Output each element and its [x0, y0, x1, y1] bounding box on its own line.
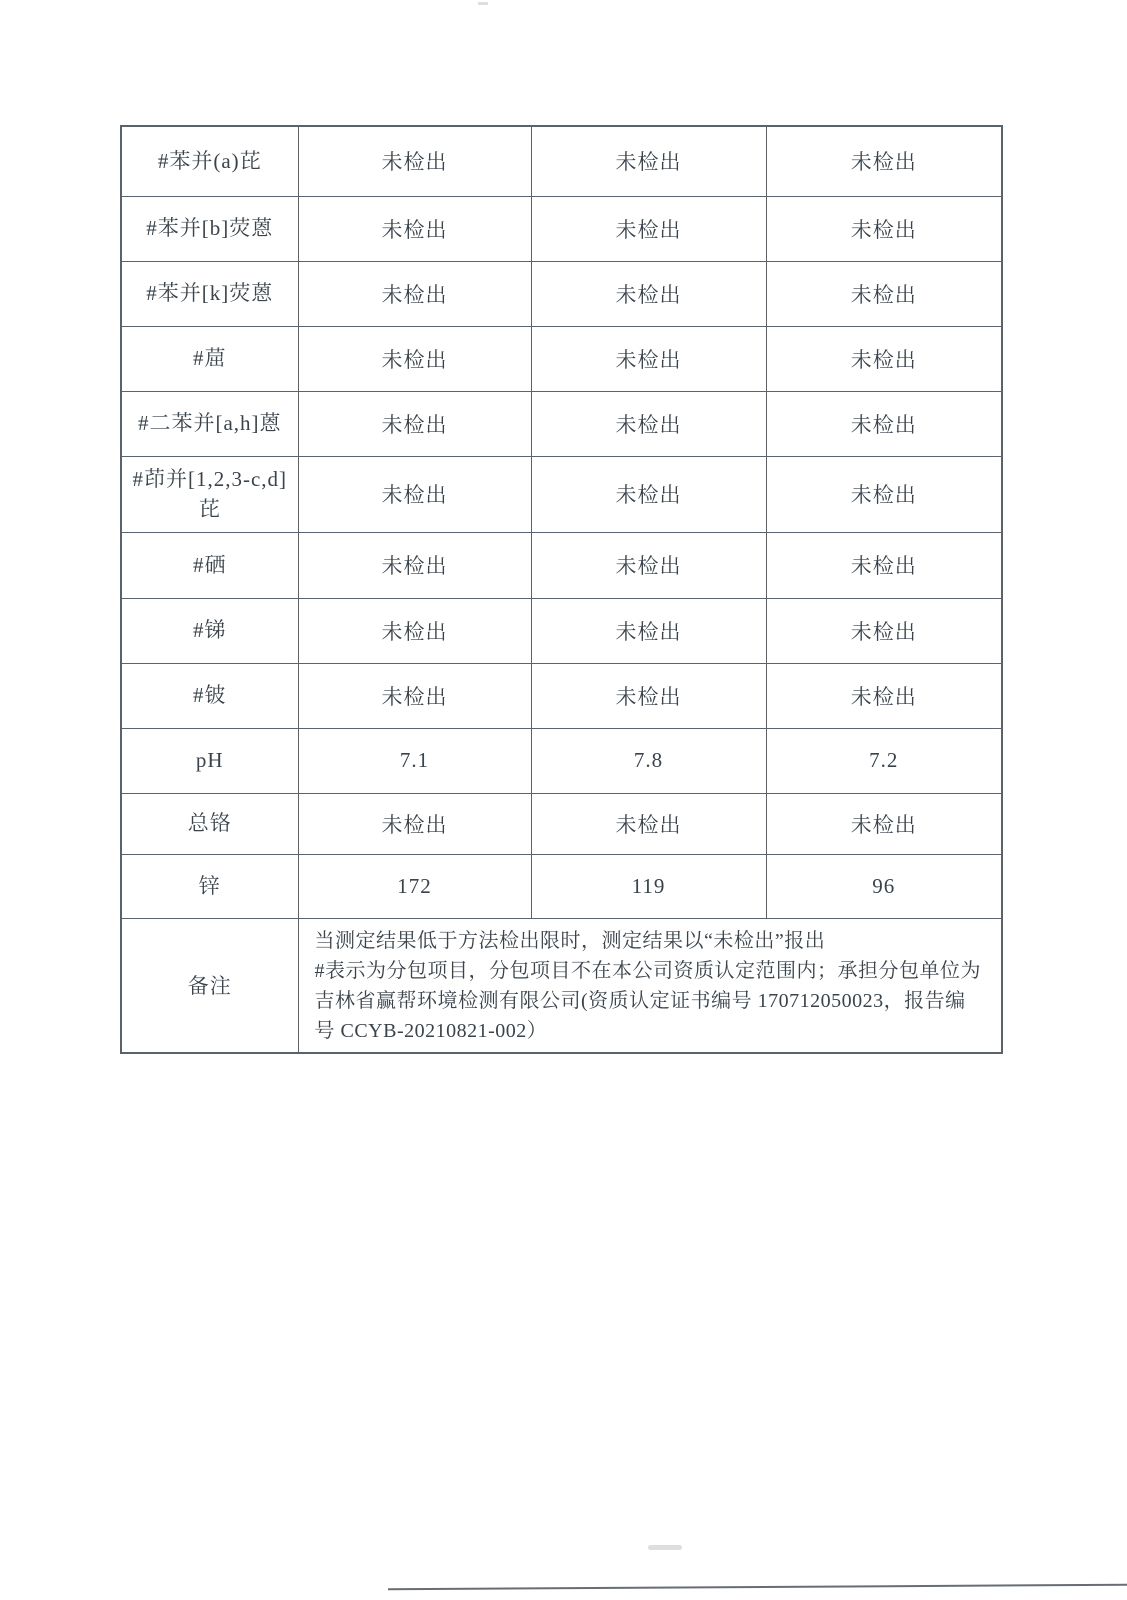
result-cell: 未检出: [766, 793, 1002, 854]
table-row: 总铬未检出未检出未检出: [121, 793, 1002, 854]
parameter-cell: pH: [121, 728, 298, 793]
result-cell: 未检出: [766, 598, 1002, 663]
table-row: #二苯并[a,h]蒽未检出未检出未检出: [121, 391, 1002, 456]
remark-label: 备注: [121, 918, 298, 1053]
table-row: #锑未检出未检出未检出: [121, 598, 1002, 663]
results-table: #苯并(a)芘未检出未检出未检出#苯并[b]荧蒽未检出未检出未检出#苯并[k]荧…: [120, 125, 1003, 1054]
parameter-cell: #硒: [121, 532, 298, 598]
scan-artifact-bottom-line: [388, 1584, 1127, 1591]
result-cell: 未检出: [531, 663, 766, 728]
result-cell: 7.2: [766, 728, 1002, 793]
parameter-cell: #苯并(a)芘: [121, 126, 298, 196]
result-cell: 未检出: [531, 391, 766, 456]
result-cell: 未检出: [298, 391, 531, 456]
parameter-cell: #茚并[1,2,3-c,d]芘: [121, 456, 298, 532]
result-cell: 未检出: [766, 532, 1002, 598]
result-cell: 未检出: [766, 663, 1002, 728]
results-rows: #苯并(a)芘未检出未检出未检出#苯并[b]荧蒽未检出未检出未检出#苯并[k]荧…: [121, 126, 1002, 918]
result-cell: 未检出: [298, 126, 531, 196]
result-cell: 未检出: [531, 326, 766, 391]
table-row: #䓛未检出未检出未检出: [121, 326, 1002, 391]
result-cell: 未检出: [766, 196, 1002, 261]
result-cell: 96: [766, 854, 1002, 918]
table-row: #硒未检出未检出未检出: [121, 532, 1002, 598]
result-cell: 7.1: [298, 728, 531, 793]
scan-artifact-top: [478, 2, 488, 5]
result-cell: 未检出: [531, 456, 766, 532]
remark-note-subcontract: #表示为分包项目，分包项目不在本公司资质认定范围内；承担分包单位为吉林省赢帮环境…: [315, 956, 986, 1046]
parameter-cell: #苯并[b]荧蒽: [121, 196, 298, 261]
parameter-cell: #䓛: [121, 326, 298, 391]
result-cell: 未检出: [531, 793, 766, 854]
result-cell: 未检出: [531, 532, 766, 598]
result-cell: 未检出: [298, 793, 531, 854]
table-row: #铍未检出未检出未检出: [121, 663, 1002, 728]
parameter-cell: #铍: [121, 663, 298, 728]
result-cell: 未检出: [766, 456, 1002, 532]
result-cell: 未检出: [298, 326, 531, 391]
result-cell: 未检出: [298, 598, 531, 663]
result-cell: 未检出: [531, 598, 766, 663]
parameter-cell: 总铬: [121, 793, 298, 854]
result-cell: 未检出: [531, 261, 766, 326]
parameter-cell: 锌: [121, 854, 298, 918]
parameter-cell: #锑: [121, 598, 298, 663]
result-cell: 未检出: [298, 261, 531, 326]
remark-row: 备注 当测定结果低于方法检出限时，测定结果以“未检出”报出 #表示为分包项目，分…: [121, 918, 1002, 1053]
result-cell: 未检出: [766, 126, 1002, 196]
parameter-cell: #二苯并[a,h]蒽: [121, 391, 298, 456]
result-cell: 未检出: [298, 532, 531, 598]
remark-note-detection-limit: 当测定结果低于方法检出限时，测定结果以“未检出”报出: [315, 926, 986, 956]
result-cell: 未检出: [766, 326, 1002, 391]
table-row: pH7.17.87.2: [121, 728, 1002, 793]
table-row: #茚并[1,2,3-c,d]芘未检出未检出未检出: [121, 456, 1002, 532]
table-row: 锌17211996: [121, 854, 1002, 918]
table-row: #苯并[b]荧蒽未检出未检出未检出: [121, 196, 1002, 261]
result-cell: 172: [298, 854, 531, 918]
result-cell: 未检出: [298, 196, 531, 261]
remark-body: 当测定结果低于方法检出限时，测定结果以“未检出”报出 #表示为分包项目，分包项目…: [298, 918, 1002, 1053]
table-row: #苯并[k]荧蒽未检出未检出未检出: [121, 261, 1002, 326]
result-cell: 未检出: [531, 126, 766, 196]
result-cell: 119: [531, 854, 766, 918]
remark-section: 备注 当测定结果低于方法检出限时，测定结果以“未检出”报出 #表示为分包项目，分…: [121, 918, 1002, 1053]
result-cell: 未检出: [531, 196, 766, 261]
parameter-cell: #苯并[k]荧蒽: [121, 261, 298, 326]
result-cell: 未检出: [298, 663, 531, 728]
table-row: #苯并(a)芘未检出未检出未检出: [121, 126, 1002, 196]
scan-artifact-smudge: [648, 1545, 682, 1550]
result-cell: 未检出: [766, 261, 1002, 326]
result-cell: 未检出: [766, 391, 1002, 456]
document-page: #苯并(a)芘未检出未检出未检出#苯并[b]荧蒽未检出未检出未检出#苯并[k]荧…: [0, 0, 1127, 1600]
result-cell: 7.8: [531, 728, 766, 793]
result-cell: 未检出: [298, 456, 531, 532]
